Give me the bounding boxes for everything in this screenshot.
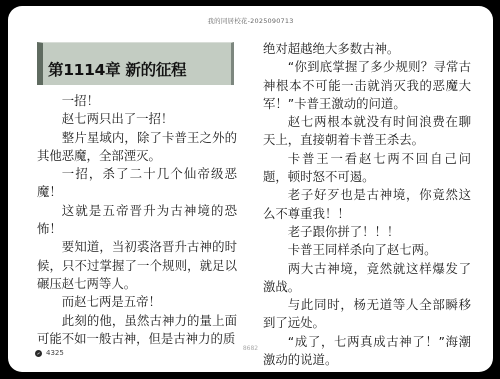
- tablet-bezel: 我的同居校花-2025090713 第1114章 新的征程 一招！ 赵七两只出了…: [0, 0, 500, 379]
- paragraph: 这就是五帝晋升为古神境的恐怖！: [37, 202, 237, 239]
- page-number: 8682: [8, 345, 493, 352]
- paragraph: 赵七两根本就没有时间浪费在聊天上，直接朝着卡普王杀去。: [263, 113, 471, 150]
- chapter-title: 第1114章 新的征程: [48, 58, 186, 80]
- paragraph-continued: 绝对超越绝大多数古神。: [263, 40, 471, 58]
- text-column-left: 一招！ 赵七两只出了一招！ 整片星域内，除了卡普王之外的其他恶魔，全部湮灭。 一…: [37, 92, 237, 348]
- paragraph: 赵七两只出了一招！: [37, 110, 237, 128]
- reader-screen[interactable]: 我的同居校花-2025090713 第1114章 新的征程 一招！ 赵七两只出了…: [8, 6, 493, 372]
- paragraph: 老子跟你拼了！！！: [263, 223, 471, 241]
- paragraph: 卡普王一看赵七两不回自己问题，顿时怒不可遏。: [263, 150, 471, 187]
- paragraph: 此刻的他，虽然古神力的量上面可能不如一般古神，但是古神力的质: [37, 312, 237, 349]
- paragraph: 而赵七两是五帝！: [37, 293, 237, 311]
- paragraph: 一招，杀了二十几个仙帝级恶魔！: [37, 165, 237, 202]
- paragraph: 整片星域内，除了卡普王之外的其他恶魔，全部湮灭。: [37, 129, 237, 166]
- paragraph: 卡普王同样杀向了赵七两。: [263, 241, 471, 259]
- paragraph: 两大古神境，竟然就这样爆发了激战。: [263, 260, 471, 297]
- paragraph: “你到底掌握了多少规则？寻常古神根本不可能一击就消灭我的恶魔大军！”卡普王激动的…: [263, 58, 471, 113]
- text-column-right: 绝对超越绝大多数古神。 “你到底掌握了多少规则？寻常古神根本不可能一击就消灭我的…: [263, 40, 471, 369]
- paragraph: 一招！: [37, 92, 237, 110]
- paragraph: 与此同时，杨无道等人全部瞬移到了远处。: [263, 296, 471, 333]
- chapter-heading-box: 第1114章 新的征程: [37, 42, 234, 85]
- paragraph: 要知道，当初裘洛晋升古神的时候，只不过掌握了一个规则，就足以碾压赵七两等人。: [37, 238, 237, 293]
- paragraph: 老子好歹也是古神境，你竟然这么不尊重我！！: [263, 186, 471, 223]
- book-title: 我的同居校花-2025090713: [8, 16, 493, 25]
